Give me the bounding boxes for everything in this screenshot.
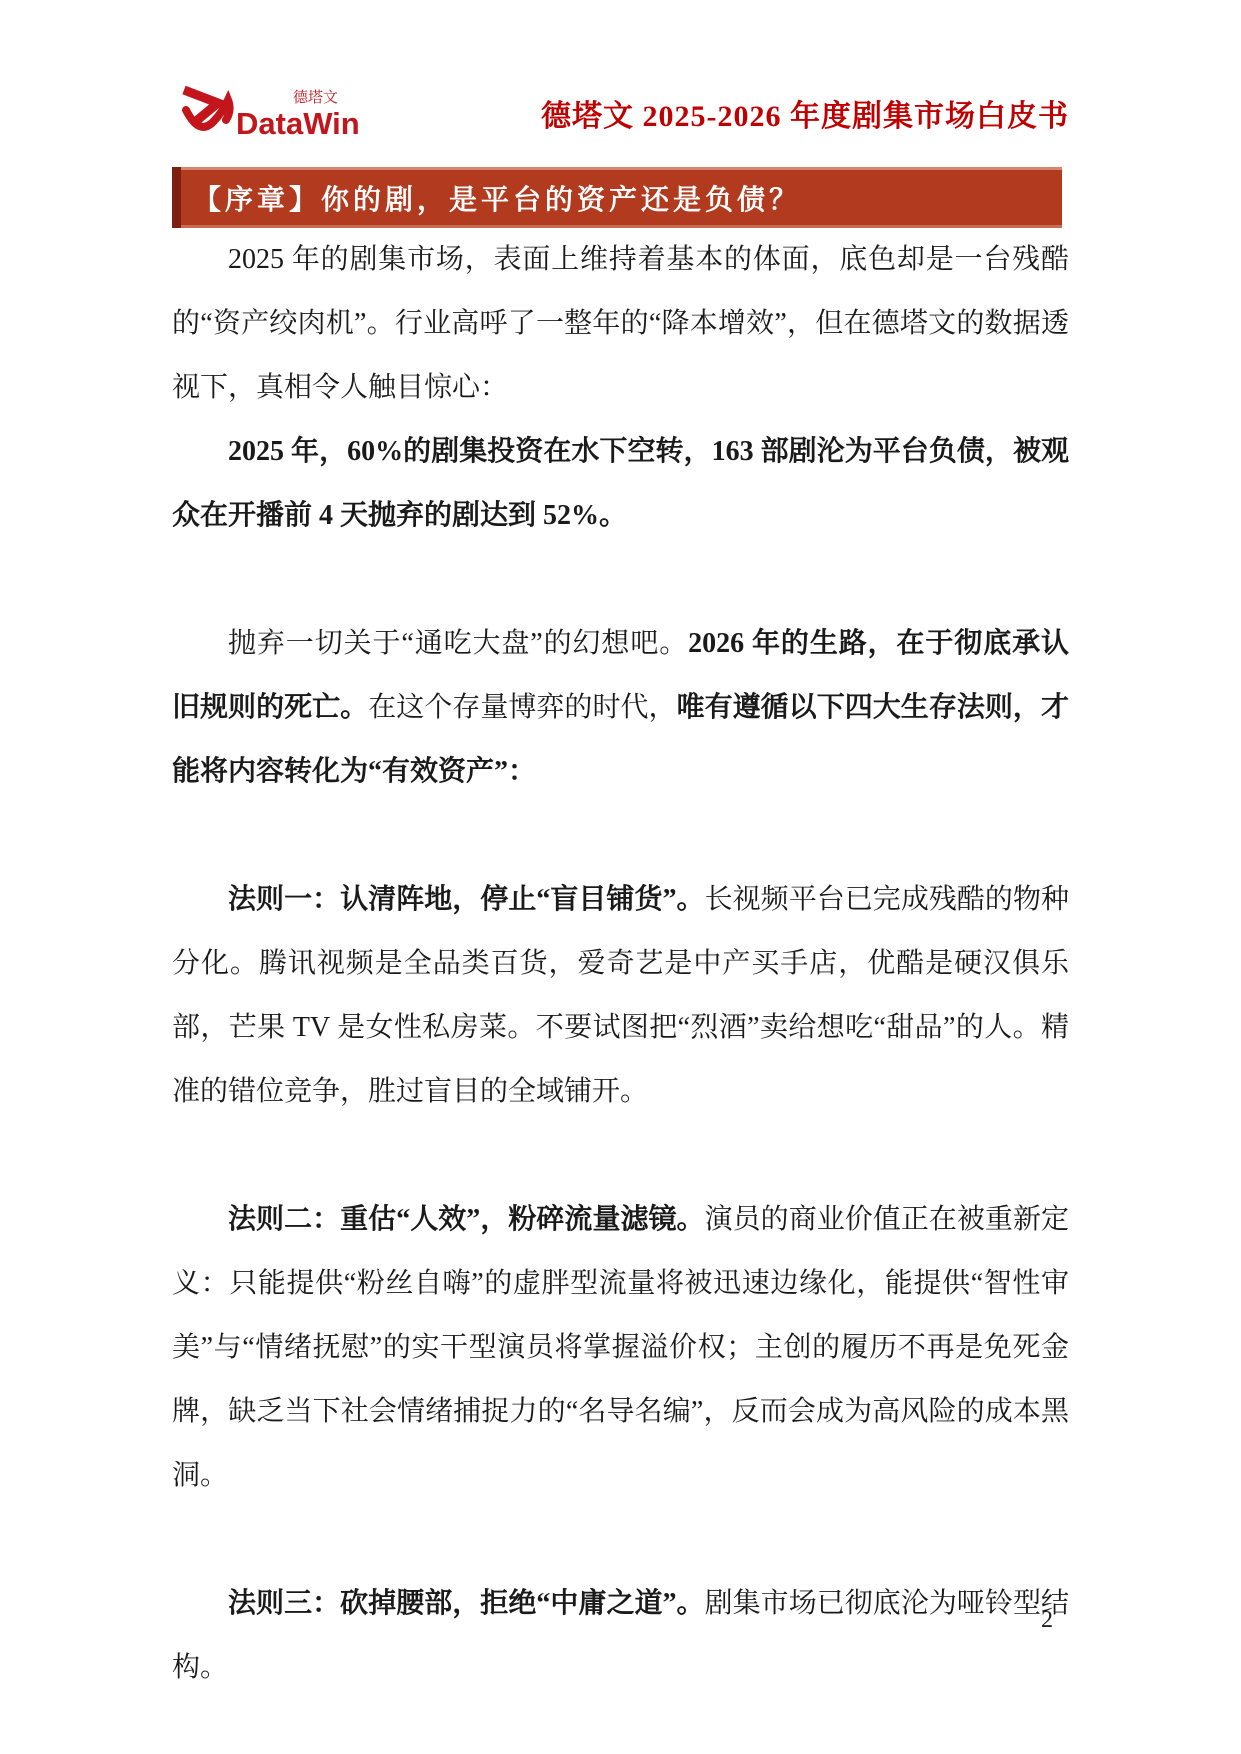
- paragraph-spacer: [172, 804, 1069, 868]
- paragraph: 法则三：砍掉腰部，拒绝“中庸之道”。剧集市场已彻底沦为哑铃型结构。: [172, 1572, 1069, 1700]
- text-run: 长视频平台已完成残酷的物种分化。腾讯视频是全品类百货，爱奇艺是中产买手店，优酷是…: [172, 884, 1069, 1107]
- text-run-bold: 法则一：认清阵地，停止“盲目铺货”。: [228, 884, 705, 915]
- banner-title: 【序章】你的剧，是平台的资产还是负债？: [181, 178, 801, 218]
- text-run-bold: 法则三：砍掉腰部，拒绝“中庸之道”。: [228, 1588, 705, 1619]
- page-number: 2: [1041, 1607, 1053, 1633]
- text-run: 演员的商业价值正在被重新定义：只能提供“粉丝自嗨”的虚胖型流量将被迅速边缘化，能…: [172, 1204, 1069, 1491]
- datawin-logo: 德塔文 DataWin: [172, 80, 360, 152]
- paragraph: 抛弃一切关于“通吃大盘”的幻想吧。2026 年的生路，在于彻底承认旧规则的死亡。…: [172, 612, 1069, 804]
- body-paragraphs: 2025 年的剧集市场，表面上维持着基本的体面，底色却是一台残酷的“资产绞肉机”…: [172, 228, 1069, 1700]
- page-footer: 2: [1041, 1607, 1053, 1634]
- paragraph-spacer: [172, 1508, 1069, 1572]
- logo-brand-text: DataWin: [236, 106, 360, 141]
- text-run: 在这个存量博弈的时代，: [368, 692, 676, 723]
- text-run: 2025 年的剧集市场，表面上维持着基本的体面，底色却是一台残酷的“资产绞肉机”…: [172, 244, 1069, 403]
- datawin-logo-mark-icon: 德塔文 DataWin: [172, 80, 360, 152]
- paragraph-spacer: [172, 1124, 1069, 1188]
- text-run-bold: 2025 年，60%的剧集投资在水下空转，163 部剧沦为平台负债，被观众在开播…: [172, 436, 1069, 531]
- paragraph: 2025 年，60%的剧集投资在水下空转，163 部剧沦为平台负债，被观众在开播…: [172, 420, 1069, 548]
- page-header: 德塔文 DataWin 德塔文 2025-2026 年度剧集市场白皮书: [172, 76, 1069, 156]
- document-page: 德塔文 DataWin 德塔文 2025-2026 年度剧集市场白皮书 【序章】…: [0, 0, 1241, 1754]
- section-banner: 【序章】你的剧，是平台的资产还是负债？: [172, 167, 1062, 228]
- paragraph: 法则二：重估“人效”，粉碎流量滤镜。演员的商业价值正在被重新定义：只能提供“粉丝…: [172, 1188, 1069, 1508]
- text-run: 抛弃一切关于“通吃大盘”的幻想吧。: [228, 628, 688, 659]
- paragraph: 法则一：认清阵地，停止“盲目铺货”。长视频平台已完成残酷的物种分化。腾讯视频是全…: [172, 868, 1069, 1124]
- text-run-bold: 法则二：重估“人效”，粉碎流量滤镜。: [228, 1204, 705, 1235]
- paragraph-spacer: [172, 548, 1069, 612]
- paragraph: 2025 年的剧集市场，表面上维持着基本的体面，底色却是一台残酷的“资产绞肉机”…: [172, 228, 1069, 420]
- logo-brand-cn: 德塔文: [293, 88, 338, 106]
- header-title: 德塔文 2025-2026 年度剧集市场白皮书: [541, 91, 1069, 141]
